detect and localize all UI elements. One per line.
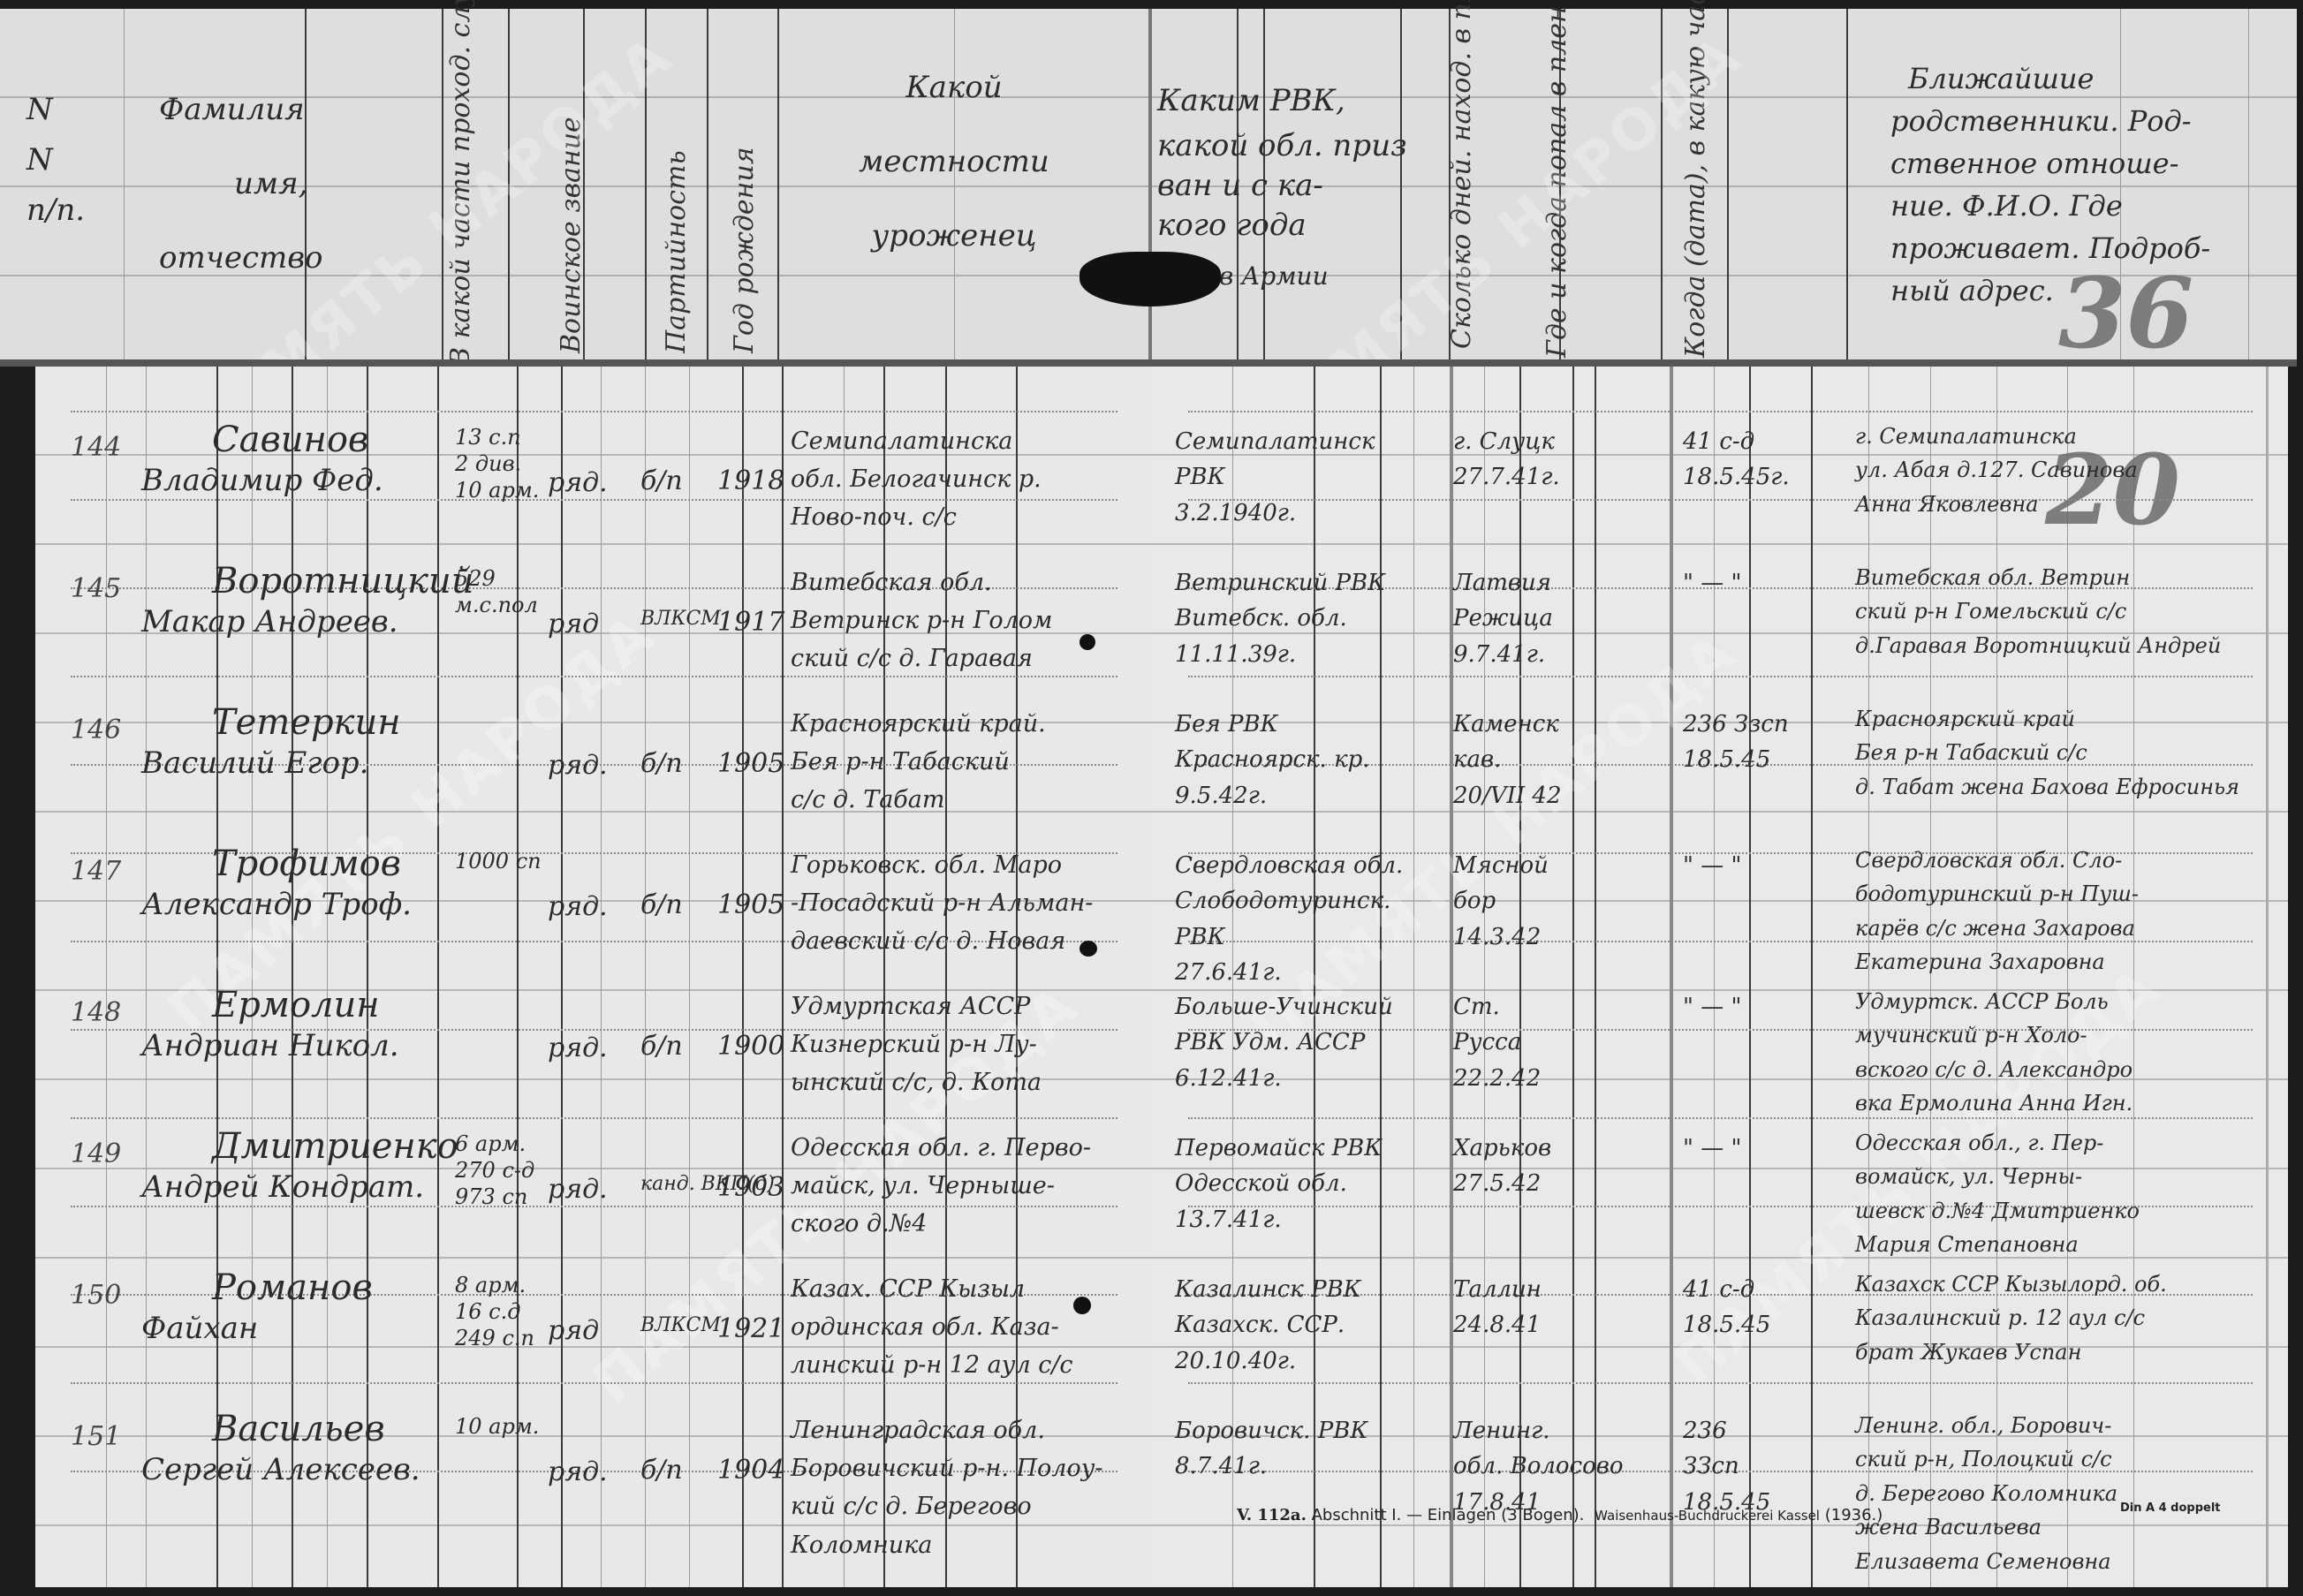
watermark: ПАМЯТЬ НАРОДА bbox=[156, 601, 668, 1046]
birthplace: Горьковск. обл. Маро-Посадский р-н Альма… bbox=[791, 846, 1093, 961]
captured-place-date: Ленинг.обл. Волосово17.8.41 bbox=[1453, 1413, 1624, 1520]
draft-office: Первомайск РВКОдесской обл.13.7.41г. bbox=[1175, 1131, 1382, 1237]
rank: ряд. bbox=[548, 1033, 608, 1064]
row-rule bbox=[71, 411, 1117, 412]
party: ВЛКСМ bbox=[640, 608, 721, 630]
binding-hole bbox=[1080, 252, 1221, 306]
column-rule bbox=[146, 367, 147, 1587]
column-rule bbox=[1595, 367, 1596, 1587]
row-number: 146 bbox=[71, 715, 121, 746]
birthplace: Семипалатинскаобл. Белогачинск р.Ново-по… bbox=[791, 422, 1042, 537]
column-rule bbox=[1572, 367, 1574, 1587]
punch-hole bbox=[1080, 634, 1095, 650]
column-rule bbox=[2248, 9, 2249, 367]
row-rule bbox=[1188, 676, 2253, 677]
column-rule bbox=[367, 367, 368, 1587]
birthplace: Одесская обл. г. Перво-майск, ул. Черныш… bbox=[791, 1129, 1091, 1244]
column-rule bbox=[1519, 367, 1521, 1587]
rank: ряд. bbox=[548, 751, 608, 782]
header-num-label: N N п/п. bbox=[27, 93, 85, 228]
column-rule bbox=[883, 367, 885, 1587]
row-number: 151 bbox=[71, 1422, 121, 1453]
rank: ряд. bbox=[548, 892, 608, 923]
birth-year: 1917 bbox=[717, 608, 784, 639]
captured-place-date: Харьков27.5.42 bbox=[1453, 1131, 1551, 1202]
rank: ряд. bbox=[548, 1175, 608, 1206]
column-rule bbox=[1661, 9, 1663, 367]
column-rule bbox=[777, 9, 779, 367]
column-rule bbox=[1016, 367, 1018, 1587]
surname: Романов bbox=[212, 1267, 373, 1308]
punch-hole bbox=[1073, 1297, 1091, 1314]
birthplace: Красноярский край.Бея р-н Табаскийс/с д.… bbox=[791, 705, 1046, 820]
row-number: 147 bbox=[71, 857, 121, 888]
column-rule bbox=[782, 367, 784, 1587]
column-rule bbox=[292, 367, 293, 1587]
birth-year: 1904 bbox=[717, 1456, 784, 1486]
given-name-patronymic: Александр Троф. bbox=[141, 888, 412, 922]
row-number: 150 bbox=[71, 1281, 121, 1312]
column-rule bbox=[1714, 367, 1715, 1587]
unit: 13 с.п2 див.10 арм. bbox=[455, 424, 539, 503]
captured-place-date: Ст.Русса22.2.42 bbox=[1453, 989, 1541, 1096]
party: ВЛКСМ bbox=[640, 1314, 721, 1336]
birth-year: 1921 bbox=[717, 1314, 784, 1345]
birthplace: Удмуртская АССРКизнерский р-н Лу-ынский … bbox=[791, 987, 1042, 1102]
column-rule bbox=[517, 367, 519, 1587]
row-rule bbox=[1188, 411, 2253, 412]
given-name-patronymic: Андриан Никол. bbox=[141, 1029, 399, 1063]
rank: ряд. bbox=[548, 468, 608, 499]
draft-office: Бея РВККрасноярск. кр.9.5.42г. bbox=[1175, 707, 1370, 813]
captured-place-date: г. Слуцк27.7.41г. bbox=[1453, 424, 1560, 495]
captured-place-date: Таллин24.8.41 bbox=[1453, 1272, 1542, 1343]
return-unit-date: 236 Ззсп18.5.45 bbox=[1683, 707, 1789, 778]
birthplace: Витебская обл.Ветринск р-н Голомский с/с… bbox=[791, 564, 1052, 678]
surname: Воротницкий bbox=[212, 561, 474, 601]
page-edge bbox=[2266, 367, 2269, 1587]
header-strip: N N п/п. Фамилия имя, отчество В какой ч… bbox=[0, 9, 2297, 367]
draft-office: Ветринский РВКВитебск. обл.11.11.39г. bbox=[1175, 565, 1385, 672]
surname: Дмитриенко bbox=[212, 1126, 458, 1167]
row-number: 144 bbox=[71, 433, 121, 464]
column-rule bbox=[327, 367, 328, 1587]
draft-office: Казалинск РВККазахск. ССР.20.10.40г. bbox=[1175, 1272, 1361, 1379]
unit: 529м.с.пол bbox=[455, 565, 538, 618]
party: б/п bbox=[640, 1032, 683, 1063]
unit: 8 арм.16 с.д249 с.п bbox=[455, 1272, 534, 1351]
party: б/п bbox=[640, 890, 683, 921]
unit: 6 арм.270 с-д973 сп bbox=[455, 1131, 534, 1210]
return-unit-date: 41 с-д18.5.45 bbox=[1683, 1272, 1770, 1343]
return-unit-date: " — " bbox=[1683, 989, 1741, 1025]
rank: ряд. bbox=[548, 1457, 608, 1488]
captured-place-date: Мяснойбор14.3.42 bbox=[1453, 848, 1549, 955]
return-unit-date: " — " bbox=[1683, 848, 1741, 883]
draft-office: Боровичск. РВК8.7.41г. bbox=[1175, 1413, 1367, 1485]
party: б/п bbox=[640, 749, 683, 780]
given-name-patronymic: Василий Егор. bbox=[141, 746, 369, 781]
relatives: Свердловская обл. Сло-бодотуринский р-н … bbox=[1855, 843, 2139, 980]
birth-year: 1905 bbox=[717, 749, 784, 780]
column-rule bbox=[106, 367, 107, 1587]
surname: Трофимов bbox=[212, 843, 401, 884]
column-rule bbox=[1811, 367, 1813, 1587]
party: б/п bbox=[640, 1456, 683, 1486]
row-number: 149 bbox=[71, 1139, 121, 1170]
column-rule bbox=[561, 367, 563, 1587]
row-rule bbox=[71, 1117, 1117, 1119]
column-rule bbox=[1484, 367, 1485, 1587]
column-rule bbox=[1413, 367, 1414, 1587]
column-rule bbox=[1450, 367, 1453, 1587]
column-rule bbox=[1749, 367, 1751, 1587]
header-party-label: Партийность bbox=[661, 106, 692, 353]
page-number-mark: 36 bbox=[2058, 256, 2193, 370]
given-name-patronymic: Андрей Кондрат. bbox=[141, 1170, 424, 1205]
birthplace: Казах. ССР Кызылординская обл. Каза-линс… bbox=[791, 1270, 1073, 1385]
given-name-patronymic: Владимир Фед. bbox=[141, 464, 383, 498]
fold-line bbox=[1148, 9, 1152, 367]
surname: Васильев bbox=[212, 1409, 385, 1449]
column-rule bbox=[442, 9, 443, 367]
relatives: г. Семипалатинскаул. Абая д.127. Савинов… bbox=[1855, 420, 2138, 521]
column-rule bbox=[124, 9, 125, 367]
paper-format-imprint: Din A 4 doppelt bbox=[2120, 1501, 2221, 1515]
surname: Тетеркин bbox=[212, 702, 401, 743]
captured-place-date: ЛатвияРежица9.7.41г. bbox=[1453, 565, 1553, 672]
column-rule bbox=[645, 367, 646, 1587]
return-unit-date: 236ЗЗсп18.5.45 bbox=[1683, 1413, 1770, 1520]
unit: 1000 сп bbox=[455, 848, 542, 874]
captured-place-date: Каменсккав.20/VII 42 bbox=[1453, 707, 1562, 813]
column-rule bbox=[1670, 367, 1673, 1587]
column-rule bbox=[601, 367, 602, 1587]
row-number: 145 bbox=[71, 574, 121, 605]
draft-office: Свердловская обл.Слободотуринск.РВК27.6.… bbox=[1175, 848, 1403, 990]
header-divider bbox=[0, 359, 2297, 367]
birth-year: 1918 bbox=[717, 466, 784, 497]
relatives: Витебская обл. Ветринский р-н Гомельский… bbox=[1855, 561, 2221, 662]
row-number: 148 bbox=[71, 998, 121, 1029]
unit: 10 арм. bbox=[455, 1413, 539, 1440]
draft-office: СемипалатинскРВК3.2.1940г. bbox=[1175, 424, 1375, 531]
column-rule bbox=[1846, 9, 1848, 367]
column-rule bbox=[844, 367, 845, 1587]
column-rule bbox=[707, 9, 708, 367]
column-rule bbox=[945, 367, 947, 1587]
birth-year: 1900 bbox=[717, 1032, 784, 1063]
header-birthplace-label: Какой местности уроженец bbox=[822, 71, 1087, 253]
draft-office: Больше-УчинскийРВК Удм. АССР6.12.41г. bbox=[1175, 989, 1393, 1096]
given-name-patronymic: Файхан bbox=[141, 1312, 258, 1346]
relatives: Ленинг. обл., Борович-ский р-н, Полоцкий… bbox=[1855, 1409, 2117, 1578]
return-unit-date: " — " bbox=[1683, 1131, 1741, 1166]
header-name-label: Фамилия имя, отчество bbox=[159, 93, 323, 276]
column-rule bbox=[742, 367, 744, 1587]
rank: ряд bbox=[548, 609, 599, 640]
birth-year: 1903 bbox=[717, 1173, 784, 1204]
rank: ряд bbox=[548, 1316, 599, 1347]
birthplace: Ленинградская обл.Боровичский р-н. Полоу… bbox=[791, 1411, 1103, 1564]
row-rule bbox=[1188, 1382, 2253, 1384]
birth-year: 1905 bbox=[717, 890, 784, 921]
return-unit-date: 41 с-д18.5.45г. bbox=[1683, 424, 1790, 495]
relatives: Одесская обл., г. Пер-вомайск, ул. Черны… bbox=[1855, 1126, 2140, 1262]
relatives: Удмуртск. АССР Больмучинский р-н Холо-вс… bbox=[1855, 985, 2133, 1121]
given-name-patronymic: Сергей Алексеев. bbox=[141, 1453, 420, 1487]
surname: Савинов bbox=[212, 420, 368, 460]
header-birth-year-label: Год рождения bbox=[729, 97, 760, 353]
given-name-patronymic: Макар Андреев. bbox=[141, 605, 398, 639]
relatives: Красноярский крайБея р-н Табаский с/сд. … bbox=[1855, 702, 2239, 804]
return-unit-date: " — " bbox=[1683, 565, 1741, 601]
column-rule bbox=[689, 367, 690, 1587]
relatives: Казахск ССР Кызылорд. об.Казалинский р. … bbox=[1855, 1267, 2167, 1369]
left-page: ПАМЯТЬ НАРОДА ПАМЯТЬ НАРОДА bbox=[35, 367, 1155, 1587]
surname: Ермолин bbox=[212, 985, 380, 1025]
column-rule bbox=[437, 367, 439, 1587]
party: б/п bbox=[640, 466, 683, 497]
